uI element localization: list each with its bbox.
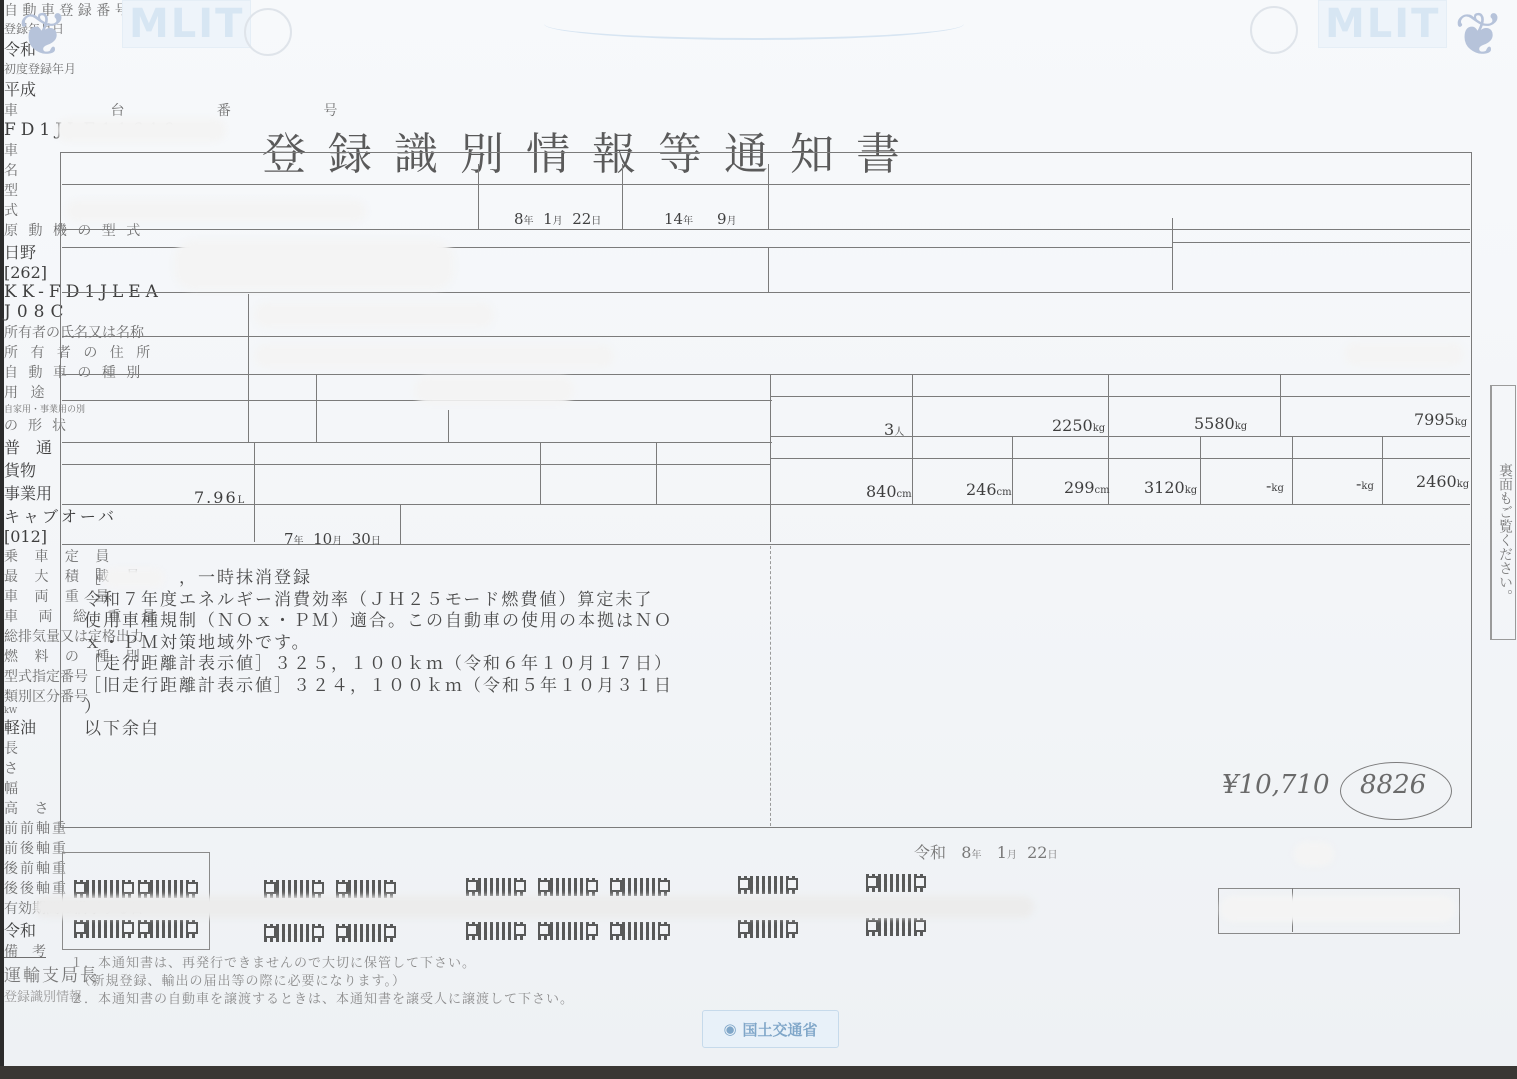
- redacted-qr-strip: [34, 896, 1034, 918]
- qr-code-icon: [610, 878, 670, 896]
- qr-code-icon: [538, 878, 598, 896]
- redacted-vehicle-name-detail: [174, 240, 454, 290]
- remarks-text: ［ ，一時抹消登録 令和７年度エネルギー消費効率（ＪＨ２５モード燃費値）算定未了…: [84, 568, 673, 740]
- remarks-divider: [770, 546, 771, 826]
- registration-date: 8年 1月 22日: [514, 210, 601, 228]
- redacted-remarks-field: [104, 568, 164, 588]
- qr-code-icon: [138, 920, 198, 938]
- side-note: 裏面もご覧ください。: [1490, 385, 1516, 640]
- validity-date: 7年 10月 30日: [284, 530, 381, 548]
- header-ornament-icon: [544, 8, 964, 40]
- first-registration-era: 平成: [4, 77, 1517, 100]
- qr-code-icon: [738, 920, 798, 938]
- axle-rf-value: -kg: [1356, 474, 1374, 493]
- qr-code-icon: [866, 874, 926, 892]
- axle-fr-value: -kg: [1266, 476, 1284, 495]
- vehicle-weight-value: 5580kg: [1194, 414, 1247, 433]
- footer-notes: １．本通知書は、再発行できませんので大切に保管して下さい。 （新規登録、輸出の届…: [70, 955, 574, 1009]
- redacted-registration-number: [66, 200, 366, 222]
- qr-code-icon: [74, 920, 134, 938]
- capacity-value: 3人: [884, 420, 904, 439]
- corner-flourish-left-icon: ❦: [18, 0, 68, 70]
- qr-code-icon: [264, 924, 324, 942]
- redacted-body-shape-header: [414, 376, 574, 404]
- qr-code-icon: [466, 922, 526, 940]
- axle-fr-label: 前後軸重: [4, 838, 1517, 858]
- max-load-value: 2250kg: [1052, 416, 1105, 435]
- height-value: 299cm: [1064, 478, 1110, 497]
- axle-ff-value: 3120kg: [1144, 478, 1197, 497]
- first-registration-date: 14年 9月: [664, 210, 736, 228]
- redacted-owner-address: [254, 344, 614, 368]
- background-surface: [0, 1066, 1517, 1079]
- chassis-number-label: 車 台 番 号: [4, 100, 1517, 120]
- mlit-logo-left: MLIT: [122, 0, 251, 48]
- mlit-logo-right: MLIT: [1318, 0, 1447, 48]
- width-value: 246cm: [966, 480, 1012, 499]
- certificate-paper: ❦ ❦ MLIT MLIT 登録識別情報等通知書 自 動 車 登 録 番 号 登…: [4, 0, 1517, 1066]
- qr-code-icon: [466, 878, 526, 896]
- redacted-issuer-office: [1294, 842, 1334, 866]
- axle-rr-value: 2460kg: [1416, 472, 1469, 491]
- handwritten-circled-number: 8826: [1360, 770, 1426, 800]
- redacted-header-field: [56, 118, 226, 142]
- redacted-seal-box: [1220, 896, 1456, 922]
- length-value: 840cm: [866, 482, 912, 501]
- qr-code-icon: [538, 922, 598, 940]
- ministry-logo-icon: ◉: [723, 1020, 736, 1038]
- first-registration-label: 初度登録年月: [4, 60, 1517, 77]
- qr-code-icon: [866, 918, 926, 936]
- qr-code-icon: [738, 876, 798, 894]
- ministry-badge: ◉ 国土交通省: [702, 1010, 839, 1048]
- qr-code-icon: [610, 922, 670, 940]
- redacted-owner-address-2: [1344, 342, 1464, 366]
- issue-date: 令和 8年 1月 22日: [914, 840, 1057, 863]
- qr-code-icon: [336, 924, 396, 942]
- emblem-right-icon: [1250, 6, 1298, 54]
- handwritten-fee: ¥10,710: [1222, 770, 1330, 800]
- emblem-left-icon: [244, 8, 292, 56]
- redacted-owner-name: [254, 302, 494, 328]
- axle-rf-label: 後前軸重: [4, 858, 1517, 878]
- gross-weight-value: 7995kg: [1414, 410, 1467, 429]
- corner-flourish-right-icon: ❦: [1454, 0, 1504, 70]
- ministry-name: 国土交通省: [743, 1019, 818, 1040]
